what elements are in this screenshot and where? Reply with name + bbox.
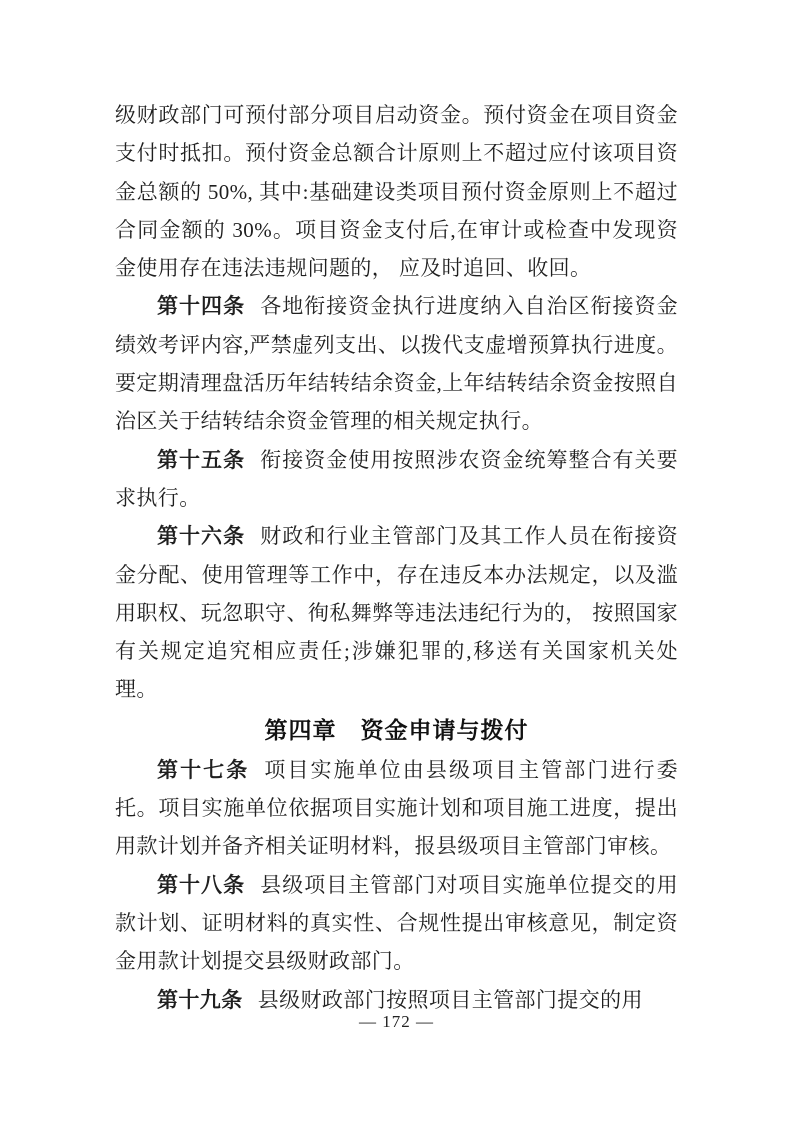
- paragraph-text: 级财政部门可预付部分项目启动资金。预付资金在项目资金支付时抵扣。预付资金总额合计…: [115, 103, 678, 280]
- document-page: 级财政部门可预付部分项目启动资金。预付资金在项目资金支付时抵扣。预付资金总额合计…: [0, 0, 793, 1122]
- article-text: 县级财政部门按照项目主管部门提交的用: [258, 988, 643, 1012]
- paragraph-article-14: 第十四条各地衔接资金执行进度纳入自治区衔接资金绩效考评内容,严禁虚列支出、以拨代…: [115, 287, 678, 440]
- article-number: 第十七条: [157, 758, 249, 782]
- article-number: 第十八条: [157, 873, 245, 897]
- page-number: — 172 —: [0, 1012, 793, 1032]
- chapter-heading: 第四章 资金申请与拨付: [115, 709, 678, 751]
- document-body: 级财政部门可预付部分项目启动资金。预付资金在项目资金支付时抵扣。预付资金总额合计…: [115, 96, 678, 1019]
- article-number: 第十四条: [157, 294, 245, 318]
- paragraph-continuation: 级财政部门可预付部分项目启动资金。预付资金在项目资金支付时抵扣。预付资金总额合计…: [115, 96, 678, 287]
- paragraph-article-16: 第十六条财政和行业主管部门及其工作人员在衔接资金分配、使用管理等工作中，存在违反…: [115, 517, 678, 708]
- article-text: 财政和行业主管部门及其工作人员在衔接资金分配、使用管理等工作中，存在违反本办法规…: [115, 524, 678, 701]
- paragraph-article-18: 第十八条县级项目主管部门对项目实施单位提交的用款计划、证明材料的真实性、合规性提…: [115, 866, 678, 981]
- paragraph-article-15: 第十五条衔接资金使用按照涉农资金统筹整合有关要求执行。: [115, 441, 678, 518]
- article-number: 第十五条: [157, 448, 245, 472]
- article-number: 第十六条: [157, 524, 245, 548]
- paragraph-article-17: 第十七条项目实施单位由县级项目主管部门进行委托。项目实施单位依据项目实施计划和项…: [115, 751, 678, 866]
- article-number: 第十九条: [157, 988, 243, 1012]
